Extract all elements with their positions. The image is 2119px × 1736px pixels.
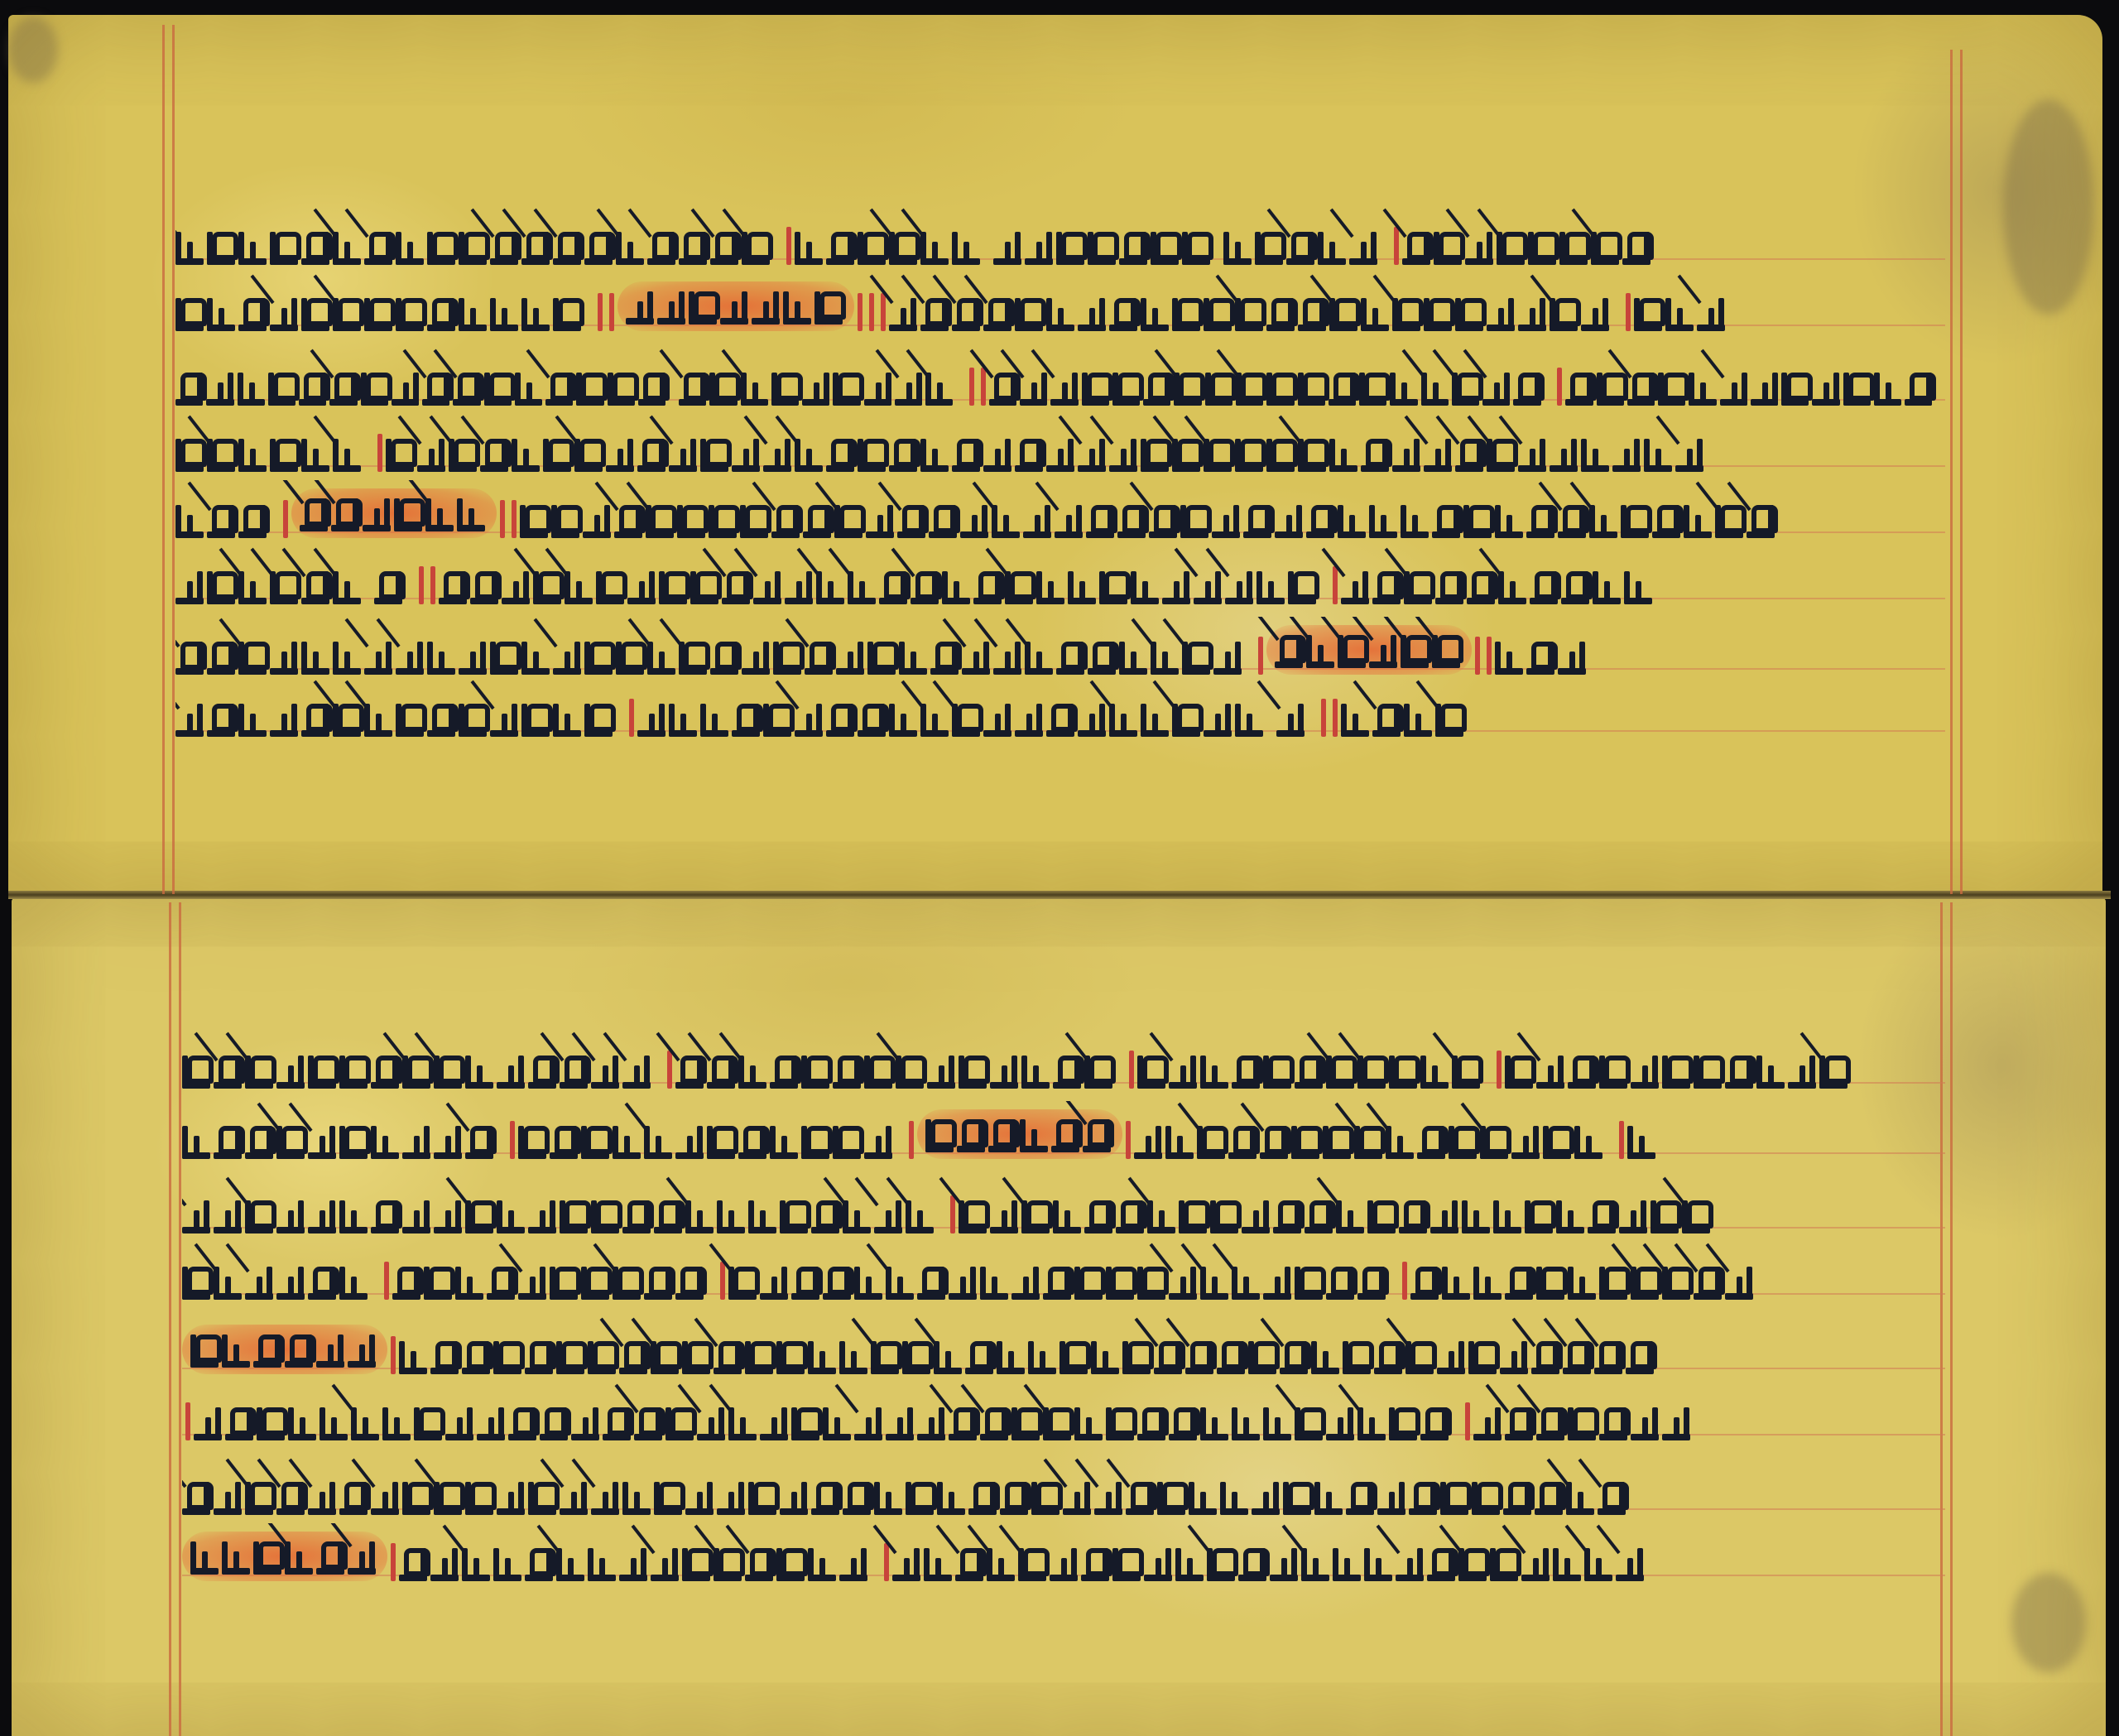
script-glyph	[720, 288, 748, 325]
script-glyph	[533, 568, 561, 604]
text-line	[175, 546, 1945, 604]
danda-mark	[1402, 1262, 1407, 1300]
script-glyph	[1905, 369, 1932, 406]
script-glyph	[396, 228, 424, 265]
script-glyph	[805, 638, 833, 675]
danda-mark	[391, 1336, 396, 1374]
script-glyph	[795, 435, 823, 472]
script-glyph	[1598, 1479, 1626, 1515]
script-glyph	[1658, 369, 1685, 406]
script-glyph	[1561, 568, 1589, 604]
script-glyph	[959, 1052, 987, 1089]
script-glyph	[1172, 435, 1200, 472]
script-glyph	[308, 1197, 336, 1233]
script-glyph	[371, 1123, 399, 1159]
text-line	[182, 1316, 1945, 1374]
script-glyph	[1599, 1263, 1627, 1300]
script-glyph	[770, 1123, 798, 1159]
script-glyph	[1031, 1479, 1059, 1515]
script-glyph	[1021, 1052, 1050, 1089]
script-glyph	[1116, 1197, 1144, 1233]
script-glyph	[1088, 228, 1116, 265]
script-glyph	[316, 1331, 344, 1368]
script-glyph	[606, 435, 634, 472]
danda-mark	[1626, 293, 1631, 331]
script-glyph	[1015, 295, 1043, 331]
script-glyph	[1063, 1479, 1091, 1515]
script-glyph	[949, 1263, 977, 1300]
script-glyph	[646, 502, 674, 538]
script-glyph	[276, 1263, 305, 1300]
script-glyph	[462, 1338, 490, 1374]
script-glyph	[207, 700, 235, 737]
script-glyph	[952, 295, 980, 331]
script-glyph	[823, 1263, 851, 1300]
script-glyph	[896, 1052, 924, 1089]
script-glyph	[270, 700, 298, 737]
script-glyph	[1200, 1404, 1228, 1440]
script-glyph	[445, 1404, 473, 1440]
script-glyph	[371, 1479, 399, 1515]
script-glyph	[1495, 638, 1523, 675]
script-glyph	[596, 568, 624, 604]
script-glyph	[301, 435, 329, 472]
script-glyph	[677, 502, 705, 538]
script-glyph	[613, 1123, 641, 1159]
script-glyph	[222, 1331, 250, 1368]
script-glyph	[1372, 700, 1401, 737]
script-glyph	[175, 228, 204, 265]
script-glyph	[190, 1331, 219, 1368]
script-glyph	[465, 1479, 493, 1515]
script-glyph	[763, 435, 791, 472]
script-glyph	[795, 228, 823, 265]
script-glyph	[528, 1052, 556, 1089]
script-glyph	[1511, 1123, 1540, 1159]
script-glyph	[864, 1123, 892, 1159]
script-glyph	[1291, 1123, 1319, 1159]
script-glyph	[276, 1479, 305, 1515]
script-glyph	[581, 1123, 609, 1159]
script-glyph	[1574, 1123, 1602, 1159]
script-glyph	[245, 1263, 273, 1300]
script-glyph	[1357, 1052, 1386, 1089]
script-glyph	[889, 228, 917, 265]
danda-mark	[1129, 1051, 1134, 1089]
script-glyph	[795, 700, 823, 737]
script-glyph	[1185, 1338, 1213, 1374]
script-glyph	[270, 568, 298, 604]
script-glyph	[657, 288, 685, 325]
script-glyph	[1236, 369, 1263, 406]
script-glyph	[1725, 1263, 1753, 1300]
script-glyph	[1495, 502, 1523, 538]
script-glyph	[889, 435, 917, 472]
script-glyph	[1556, 1197, 1584, 1233]
script-glyph	[1081, 1545, 1109, 1581]
script-glyph	[1000, 1479, 1028, 1515]
script-glyph	[1074, 1263, 1103, 1300]
script-glyph	[285, 1538, 313, 1575]
script-glyph	[886, 1263, 914, 1300]
script-glyph	[1137, 1263, 1165, 1300]
script-glyph	[1452, 1052, 1480, 1089]
script-glyph	[1338, 502, 1366, 538]
script-glyph	[1550, 295, 1578, 331]
script-glyph	[1819, 1052, 1848, 1089]
script-glyph	[1205, 369, 1232, 406]
danda-mark	[884, 1543, 889, 1581]
rubric-highlight	[182, 1325, 387, 1374]
script-glyph	[175, 568, 204, 604]
script-glyph	[1306, 632, 1334, 668]
script-glyph	[906, 1479, 934, 1515]
script-glyph	[1117, 502, 1146, 538]
script-glyph	[465, 1052, 493, 1089]
script-glyph	[1359, 369, 1386, 406]
danda-mark	[720, 1262, 725, 1300]
script-glyph	[214, 1197, 242, 1233]
script-glyph	[771, 502, 800, 538]
script-glyph	[1651, 1197, 1679, 1233]
danda-mark	[881, 293, 886, 331]
script-glyph	[238, 502, 267, 538]
script-glyph	[396, 700, 424, 737]
script-glyph	[826, 700, 854, 737]
script-glyph	[1389, 1052, 1417, 1089]
script-glyph	[521, 295, 550, 331]
script-glyph	[1306, 502, 1334, 538]
stain	[8, 17, 58, 83]
script-glyph	[214, 1123, 242, 1159]
script-glyph	[1624, 568, 1652, 604]
script-glyph	[1487, 435, 1515, 472]
script-glyph	[622, 1197, 651, 1233]
script-glyph	[700, 435, 728, 472]
script-glyph	[1025, 638, 1053, 675]
script-glyph	[854, 1404, 882, 1440]
script-glyph	[836, 638, 864, 675]
script-glyph	[911, 568, 939, 604]
script-glyph	[588, 1545, 616, 1581]
script-glyph	[714, 1545, 742, 1581]
script-glyph	[738, 1052, 766, 1089]
script-glyph	[989, 369, 1016, 406]
script-glyph	[339, 1052, 368, 1089]
script-glyph	[616, 638, 644, 675]
script-glyph	[301, 638, 329, 675]
script-glyph	[1442, 1263, 1470, 1300]
script-glyph	[222, 1538, 250, 1575]
script-glyph	[763, 700, 791, 737]
script-glyph	[399, 1545, 427, 1581]
script-glyph	[651, 1545, 679, 1581]
script-glyph	[528, 1479, 556, 1515]
script-glyph	[899, 638, 927, 675]
script-glyph	[1106, 1263, 1134, 1300]
danda-mark	[430, 566, 435, 604]
text-line	[182, 1523, 1945, 1581]
script-glyph	[270, 295, 298, 331]
script-glyph	[1263, 1404, 1291, 1440]
danda-mark	[1126, 1121, 1131, 1159]
script-glyph	[858, 228, 886, 265]
script-glyph	[1015, 435, 1043, 472]
script-glyph	[584, 638, 613, 675]
script-glyph	[808, 1545, 836, 1581]
script-glyph	[497, 1479, 525, 1515]
danda-mark	[185, 1402, 190, 1440]
script-glyph	[175, 638, 204, 675]
script-glyph	[1697, 295, 1725, 331]
script-glyph	[465, 1123, 493, 1159]
script-glyph	[427, 295, 455, 331]
script-glyph	[1536, 1263, 1564, 1300]
script-glyph	[1263, 1263, 1291, 1300]
script-glyph	[414, 1404, 442, 1440]
script-glyph	[1694, 1263, 1722, 1300]
script-glyph	[299, 369, 326, 406]
script-glyph	[1106, 1404, 1134, 1440]
script-glyph	[1694, 1052, 1722, 1089]
script-glyph	[1276, 700, 1305, 737]
script-glyph	[1490, 1545, 1518, 1581]
script-glyph	[1440, 1479, 1468, 1515]
script-glyph	[490, 295, 518, 331]
script-glyph	[1235, 295, 1263, 331]
script-glyph	[1329, 295, 1357, 331]
script-glyph	[1473, 1404, 1502, 1440]
script-glyph	[776, 1545, 805, 1581]
script-glyph	[1232, 1052, 1260, 1089]
script-glyph	[1011, 1404, 1040, 1440]
script-glyph	[1179, 1197, 1207, 1233]
script-glyph	[1078, 435, 1106, 472]
script-glyph	[1301, 1545, 1329, 1581]
script-glyph	[1162, 568, 1190, 604]
script-glyph	[175, 369, 203, 406]
text-line	[182, 1457, 1945, 1515]
script-glyph	[1134, 1123, 1162, 1159]
script-glyph	[550, 1263, 578, 1300]
script-glyph	[207, 568, 235, 604]
script-glyph	[644, 1123, 672, 1159]
script-glyph	[1336, 1197, 1364, 1233]
script-glyph	[1238, 1545, 1266, 1581]
script-glyph	[1622, 228, 1651, 265]
script-glyph	[993, 638, 1021, 675]
script-glyph	[1109, 700, 1137, 737]
script-glyph	[402, 1123, 430, 1159]
script-glyph	[1043, 1263, 1071, 1300]
text-line	[182, 1031, 1945, 1089]
script-glyph	[425, 495, 454, 531]
script-glyph	[308, 1123, 336, 1159]
script-glyph	[371, 1052, 399, 1089]
script-glyph	[371, 1197, 399, 1233]
script-glyph	[927, 1052, 955, 1089]
script-glyph	[1295, 1404, 1323, 1440]
script-glyph	[1550, 435, 1578, 472]
script-glyph	[238, 295, 267, 331]
script-glyph	[392, 369, 419, 406]
script-glyph	[920, 435, 949, 472]
script-glyph	[1223, 228, 1252, 265]
script-glyph	[1531, 1338, 1559, 1374]
script-glyph	[449, 435, 477, 472]
script-glyph	[333, 228, 361, 265]
script-glyph	[457, 495, 485, 531]
script-glyph	[525, 1338, 553, 1374]
script-glyph	[1435, 700, 1463, 737]
script-glyph	[1535, 1479, 1563, 1515]
script-glyph	[808, 1338, 836, 1374]
script-glyph	[434, 1479, 462, 1515]
script-glyph	[952, 700, 980, 737]
script-glyph	[1329, 435, 1357, 472]
danda-mark	[869, 293, 874, 331]
script-glyph	[1326, 1263, 1354, 1300]
script-glyph	[551, 502, 579, 538]
script-glyph	[638, 369, 665, 406]
script-glyph	[1480, 1123, 1508, 1159]
script-glyph	[270, 638, 298, 675]
script-glyph	[1455, 295, 1483, 331]
text-line	[182, 1176, 1945, 1233]
script-glyph	[1482, 369, 1510, 406]
script-glyph	[1420, 1404, 1449, 1440]
script-glyph	[1386, 1123, 1414, 1159]
script-glyph	[1151, 228, 1179, 265]
script-glyph	[1143, 369, 1170, 406]
script-glyph	[917, 1263, 945, 1300]
script-glyph	[791, 1263, 819, 1300]
script-glyph	[1627, 369, 1655, 406]
script-glyph	[1346, 1479, 1374, 1515]
script-glyph	[1392, 435, 1420, 472]
script-glyph	[1083, 1116, 1111, 1152]
script-glyph	[1374, 1338, 1402, 1374]
script-glyph	[930, 638, 959, 675]
script-glyph	[1025, 228, 1053, 265]
script-glyph	[675, 1123, 704, 1159]
script-glyph	[1500, 1338, 1528, 1374]
script-glyph	[682, 1545, 710, 1581]
script-glyph	[1225, 568, 1253, 604]
script-glyph	[1078, 700, 1106, 737]
danda-mark	[1394, 227, 1399, 265]
script-glyph	[285, 1331, 313, 1368]
script-glyph	[959, 1197, 987, 1233]
script-glyph	[608, 369, 635, 406]
script-glyph	[773, 638, 801, 675]
script-glyph	[1684, 502, 1712, 538]
script-glyph	[308, 1052, 336, 1089]
rubric-highlight	[1266, 625, 1472, 675]
script-glyph	[1536, 1404, 1564, 1440]
script-glyph	[1232, 1263, 1260, 1300]
script-glyph	[1137, 1404, 1165, 1440]
script-glyph	[1662, 1404, 1690, 1440]
script-glyph	[924, 1545, 952, 1581]
script-glyph	[1372, 568, 1401, 604]
script-glyph	[700, 700, 728, 737]
script-glyph	[867, 638, 896, 675]
script-glyph	[560, 1197, 588, 1233]
script-glyph	[952, 435, 980, 472]
script-glyph	[1682, 1197, 1710, 1233]
script-glyph	[1409, 1479, 1437, 1515]
danda-mark	[950, 1195, 955, 1233]
script-glyph	[1452, 369, 1479, 406]
script-glyph	[801, 1052, 829, 1089]
script-glyph	[1364, 1545, 1392, 1581]
script-glyph	[1273, 1197, 1301, 1233]
script-glyph	[1154, 1338, 1182, 1374]
script-glyph	[1311, 1338, 1339, 1374]
script-glyph	[497, 1052, 525, 1089]
script-glyph	[1172, 295, 1200, 331]
script-glyph	[1141, 435, 1169, 472]
script-glyph	[834, 502, 862, 538]
danda-mark	[391, 1543, 396, 1581]
script-glyph	[1401, 632, 1429, 668]
script-glyph	[301, 295, 329, 331]
script-glyph	[1059, 1338, 1088, 1374]
script-glyph	[1260, 1123, 1288, 1159]
script-glyph	[276, 1123, 305, 1159]
script-glyph	[616, 228, 644, 265]
script-glyph	[710, 638, 738, 675]
script-glyph	[1084, 1197, 1112, 1233]
script-glyph	[320, 1404, 348, 1440]
page-fold	[8, 891, 2111, 899]
script-glyph	[238, 369, 265, 406]
script-glyph	[339, 1123, 368, 1159]
script-glyph	[1220, 1479, 1248, 1515]
right-margin-rule	[1950, 902, 1953, 1736]
script-glyph	[1357, 1263, 1386, 1300]
script-glyph	[1377, 1479, 1405, 1515]
script-glyph	[1756, 1052, 1785, 1089]
script-glyph	[1427, 1545, 1455, 1581]
script-glyph	[1462, 1197, 1490, 1233]
script-glyph	[760, 1404, 788, 1440]
script-glyph	[968, 1479, 997, 1515]
script-glyph	[245, 1197, 273, 1233]
script-glyph	[1252, 1479, 1280, 1515]
script-glyph	[584, 228, 613, 265]
script-glyph	[1788, 1052, 1816, 1089]
script-glyph	[1005, 568, 1033, 604]
script-glyph	[493, 1545, 521, 1581]
script-glyph	[1390, 369, 1417, 406]
script-glyph	[886, 1404, 914, 1440]
danda-mark	[667, 1051, 672, 1089]
script-glyph	[257, 1404, 285, 1440]
left-margin-rule	[172, 25, 175, 894]
script-glyph	[301, 700, 329, 737]
danda-mark	[500, 500, 505, 538]
script-glyph	[1056, 228, 1084, 265]
script-glyph	[308, 1263, 336, 1300]
script-glyph	[679, 228, 707, 265]
script-glyph	[331, 495, 359, 531]
script-glyph	[1432, 502, 1460, 538]
script-glyph	[422, 369, 449, 406]
script-glyph	[576, 369, 603, 406]
script-glyph	[238, 638, 267, 675]
